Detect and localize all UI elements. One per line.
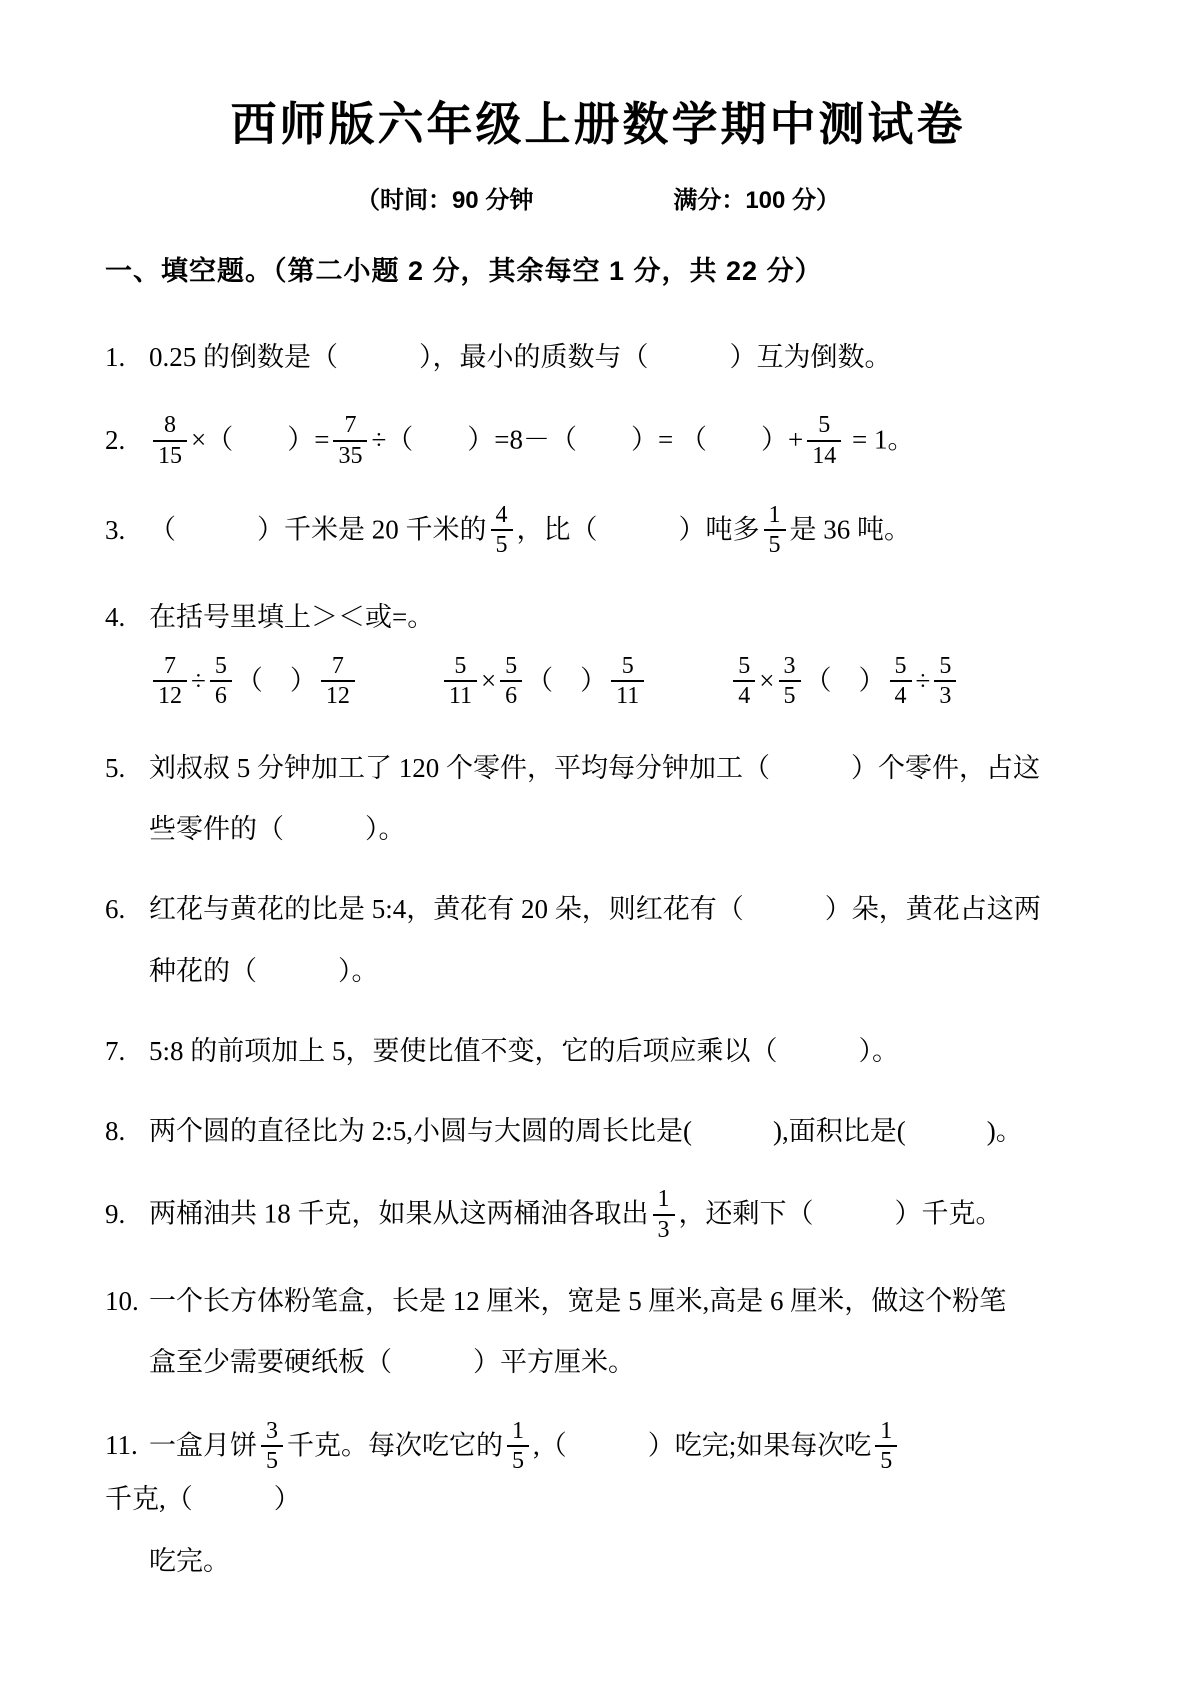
- fraction-numerator: 3: [779, 653, 801, 680]
- question-text: 千克。每次吃它的: [287, 1430, 503, 1460]
- fraction-denominator: 15: [153, 440, 187, 469]
- fraction-numerator: 5: [611, 653, 644, 680]
- fraction-denominator: 5: [491, 529, 513, 558]
- question-item: 5.刘叔叔 5 分钟加工了 120 个零件，平均每分钟加工（ ）个零件，占这些零…: [105, 745, 1091, 854]
- fraction-denominator: 11: [611, 680, 644, 709]
- fraction-denominator: 4: [733, 680, 755, 709]
- question-line: 4.在括号里填上＞＜或=。: [105, 594, 1091, 641]
- fraction: 56: [500, 653, 522, 710]
- paper-meta: （时间：90 分钟 满分：100 分）: [105, 180, 1091, 215]
- question-text: 一盒月饼: [149, 1430, 257, 1460]
- fraction-denominator: 35: [333, 440, 367, 469]
- fraction-numerator: 1: [507, 1418, 529, 1445]
- fraction-numerator: 5: [733, 653, 755, 680]
- fraction: 15: [507, 1418, 529, 1475]
- question-text: ÷: [191, 666, 206, 696]
- question-line: 10.一个长方体粉笔盒，长是 12 厘米，宽是 5 厘米,高是 6 厘米，做这个…: [105, 1278, 1091, 1325]
- fraction: 45: [491, 502, 513, 559]
- question-item: 4.在括号里填上＞＜或=。712÷56（ ）712 511×56（ ）511 5…: [105, 594, 1091, 712]
- fraction: 511: [444, 653, 477, 710]
- fraction-numerator: 5: [500, 653, 522, 680]
- fraction-numerator: 1: [875, 1418, 897, 1445]
- fraction: 54: [733, 653, 755, 710]
- question-line: 盒至少需要硬纸板（ ）平方厘米。: [105, 1339, 1091, 1386]
- time-info: （时间：90 分钟: [356, 180, 533, 215]
- fraction: 15: [875, 1418, 897, 1475]
- question-text: ×（ ）=: [191, 425, 329, 455]
- section-heading: 一、填空题。（第二小题 2 分，其余每空 1 分，共 22 分）: [105, 249, 1091, 288]
- question-number: 2.: [105, 417, 149, 464]
- fraction-denominator: 3: [934, 680, 956, 709]
- fraction-denominator: 5: [507, 1445, 529, 1474]
- fraction: 712: [153, 653, 187, 710]
- question-item: 9.两桶油共 18 千克，如果从这两桶油各取出13，还剩下（ ）千克。: [105, 1188, 1091, 1245]
- question-text: 两个圆的直径比为 2:5,小圆与大圆的周长比是( ),面积比是( )。: [149, 1116, 1023, 1146]
- fraction-denominator: 3: [653, 1214, 675, 1243]
- question-text: = 1。: [845, 425, 914, 455]
- fraction-numerator: 7: [153, 653, 187, 680]
- fraction-denominator: 6: [500, 680, 522, 709]
- fraction-numerator: 1: [764, 502, 786, 529]
- question-item: 6.红花与黄花的比是 5:4，黄花有 20 朵，则红花有（ ）朵，黄花占这两种花…: [105, 886, 1091, 995]
- fraction: 514: [807, 412, 841, 469]
- fraction-numerator: 5: [934, 653, 956, 680]
- question-number: 10.: [105, 1278, 149, 1325]
- fraction-denominator: 5: [875, 1445, 897, 1474]
- question-number: 8.: [105, 1108, 149, 1155]
- fraction-denominator: 5: [261, 1445, 283, 1474]
- fraction-denominator: 5: [779, 680, 801, 709]
- fraction-numerator: 4: [491, 502, 513, 529]
- question-text: [359, 666, 440, 696]
- fraction-numerator: 5: [890, 653, 912, 680]
- fraction-numerator: 7: [333, 412, 367, 439]
- question-item: 2.815×（ ）=735÷（ ）=8－（ ）= （ ）+514 = 1。: [105, 414, 1091, 471]
- question-item: 8.两个圆的直径比为 2:5,小圆与大圆的周长比是( ),面积比是( )。: [105, 1108, 1091, 1155]
- question-text: 刘叔叔 5 分钟加工了 120 个零件，平均每分钟加工（ ）个零件，占这: [149, 753, 1040, 783]
- question-text: 5:8 的前项加上 5，要使比值不变，它的后项应乘以（ ）。: [149, 1036, 899, 1066]
- question-text: ÷: [916, 666, 931, 696]
- question-line: 吃完。: [105, 1538, 1091, 1585]
- fraction-numerator: 8: [153, 412, 187, 439]
- fraction: 712: [321, 653, 355, 710]
- question-item: 11.一盒月饼35千克。每次吃它的15,（ ）吃完;如果每次吃15千克,（ ）吃…: [105, 1420, 1091, 1585]
- fraction: 735: [333, 412, 367, 469]
- question-number: 4.: [105, 594, 149, 641]
- question-text: 在括号里填上＞＜或=。: [149, 602, 434, 632]
- questions-list: 1.0.25 的倒数是（ ），最小的质数与（ ）互为倒数。2.815×（ ）=7…: [105, 334, 1091, 1585]
- question-item: 7.5:8 的前项加上 5，要使比值不变，它的后项应乘以（ ）。: [105, 1028, 1091, 1075]
- question-text: （ ）千米是 20 千米的: [149, 515, 487, 545]
- fraction: 35: [261, 1418, 283, 1475]
- fraction-denominator: 12: [321, 680, 355, 709]
- question-text: 些零件的（ ）。: [149, 814, 406, 844]
- question-line: 7.5:8 的前项加上 5，要使比值不变，它的后项应乘以（ ）。: [105, 1028, 1091, 1075]
- fraction-numerator: 1: [653, 1186, 675, 1213]
- question-text: 是 36 吨。: [790, 515, 912, 545]
- fraction: 13: [653, 1186, 675, 1243]
- question-line: 2.815×（ ）=735÷（ ）=8－（ ）= （ ）+514 = 1。: [105, 414, 1091, 471]
- fraction-numerator: 5: [210, 653, 232, 680]
- question-text: （ ）: [805, 666, 886, 696]
- question-text: [648, 666, 729, 696]
- question-text: 种花的（ ）。: [149, 956, 379, 986]
- question-text: ，还剩下（ ）千克。: [679, 1199, 1003, 1229]
- question-number: 6.: [105, 886, 149, 933]
- question-text: ×: [481, 666, 496, 696]
- question-text: 盒至少需要硬纸板（ ）平方厘米。: [149, 1347, 635, 1377]
- question-text: 一个长方体粉笔盒，长是 12 厘米，宽是 5 厘米,高是 6 厘米，做这个粉笔: [149, 1286, 1006, 1316]
- fraction-denominator: 11: [444, 680, 477, 709]
- question-line: 3.（ ）千米是 20 千米的45，比（ ）吨多15是 36 吨。: [105, 504, 1091, 561]
- question-text: 两桶油共 18 千克，如果从这两桶油各取出: [149, 1199, 649, 1229]
- question-line: 9.两桶油共 18 千克，如果从这两桶油各取出13，还剩下（ ）千克。: [105, 1188, 1091, 1245]
- question-text: （ ）: [236, 666, 317, 696]
- question-line: 8.两个圆的直径比为 2:5,小圆与大圆的周长比是( ),面积比是( )。: [105, 1108, 1091, 1155]
- question-item: 1.0.25 的倒数是（ ），最小的质数与（ ）互为倒数。: [105, 334, 1091, 381]
- fraction: 54: [890, 653, 912, 710]
- question-line: 11.一盒月饼35千克。每次吃它的15,（ ）吃完;如果每次吃15千克,（ ）: [105, 1420, 1091, 1524]
- fraction: 56: [210, 653, 232, 710]
- question-text: 吃完。: [149, 1546, 230, 1576]
- score-info: 满分：100 分）: [673, 180, 840, 215]
- question-number: 7.: [105, 1028, 149, 1075]
- question-text: 0.25 的倒数是（ ），最小的质数与（ ）互为倒数。: [149, 342, 892, 372]
- question-line: 712÷56（ ）712 511×56（ ）511 54×35（ ）54÷53: [105, 655, 1091, 712]
- question-number: 1.: [105, 334, 149, 381]
- question-line: 些零件的（ ）。: [105, 806, 1091, 853]
- question-line: 1.0.25 的倒数是（ ），最小的质数与（ ）互为倒数。: [105, 334, 1091, 381]
- question-item: 10.一个长方体粉笔盒，长是 12 厘米，宽是 5 厘米,高是 6 厘米，做这个…: [105, 1278, 1091, 1387]
- fraction-numerator: 7: [321, 653, 355, 680]
- fraction-denominator: 14: [807, 440, 841, 469]
- fraction: 15: [764, 502, 786, 559]
- fraction-denominator: 4: [890, 680, 912, 709]
- fraction-denominator: 5: [764, 529, 786, 558]
- fraction-denominator: 6: [210, 680, 232, 709]
- question-number: 5.: [105, 745, 149, 792]
- question-number: 11.: [105, 1422, 149, 1469]
- question-text: （ ）: [526, 666, 607, 696]
- question-text: ，比（ ）吨多: [517, 515, 760, 545]
- question-text: ,（ ）吃完;如果每次吃: [533, 1430, 871, 1460]
- fraction-numerator: 5: [807, 412, 841, 439]
- fraction-numerator: 5: [444, 653, 477, 680]
- fraction: 35: [779, 653, 801, 710]
- question-line: 5.刘叔叔 5 分钟加工了 120 个零件，平均每分钟加工（ ）个零件，占这: [105, 745, 1091, 792]
- question-text: 红花与黄花的比是 5:4，黄花有 20 朵，则红花有（ ）朵，黄花占这两: [149, 894, 1041, 924]
- question-item: 3.（ ）千米是 20 千米的45，比（ ）吨多15是 36 吨。: [105, 504, 1091, 561]
- question-line: 种花的（ ）。: [105, 948, 1091, 995]
- question-line: 6.红花与黄花的比是 5:4，黄花有 20 朵，则红花有（ ）朵，黄花占这两: [105, 886, 1091, 933]
- question-text: ÷（ ）=8－（ ）= （ ）+: [371, 425, 803, 455]
- question-number: 9.: [105, 1191, 149, 1238]
- fraction-numerator: 3: [261, 1418, 283, 1445]
- question-text: ×: [759, 666, 774, 696]
- question-number: 3.: [105, 507, 149, 554]
- fraction: 815: [153, 412, 187, 469]
- page-title: 西师版六年级上册数学期中测试卷: [105, 88, 1091, 154]
- test-paper-page: 西师版六年级上册数学期中测试卷 （时间：90 分钟 满分：100 分） 一、填空…: [0, 0, 1191, 1684]
- fraction: 511: [611, 653, 644, 710]
- fraction-denominator: 12: [153, 680, 187, 709]
- question-text: 千克,（ ）: [105, 1484, 301, 1514]
- fraction: 53: [934, 653, 956, 710]
